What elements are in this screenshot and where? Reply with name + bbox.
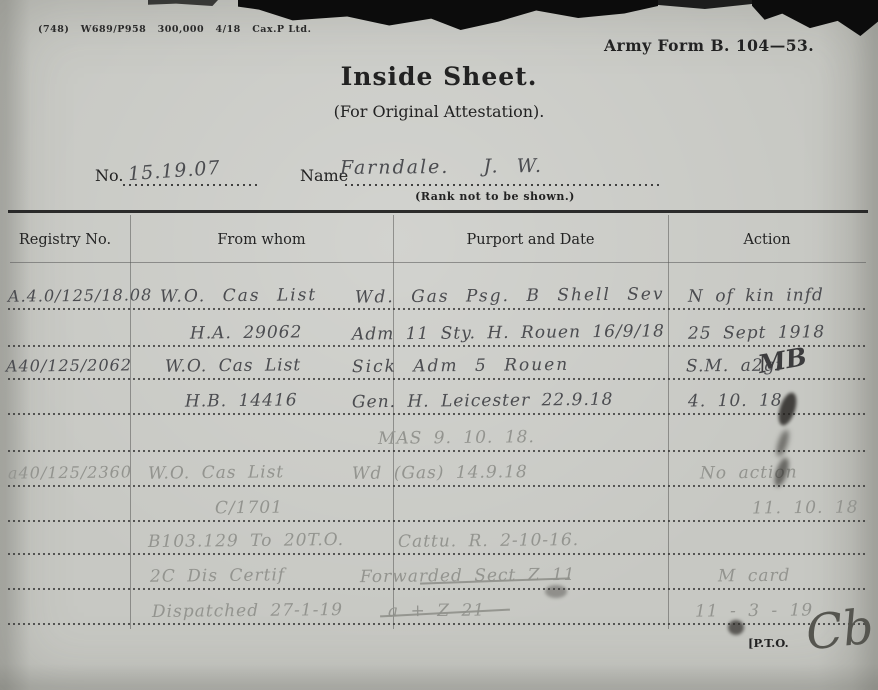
column-header-registry-no: Registry No. (0, 232, 130, 248)
entry-from-row1: W.O. Cas List (160, 285, 317, 307)
table-top-rule (8, 210, 868, 213)
entry-purport-row2: Adm 11 Sty. H. Rouen 16/9/18 (352, 321, 665, 344)
entry-action-row1: N of kin infd (688, 285, 824, 306)
entry-from-row3: W.O. Cas List (165, 355, 301, 376)
dotted-rule-line (8, 588, 866, 590)
dotted-rule-line (8, 378, 866, 380)
entry-purport-row3: Sick Adm 5 Rouen (352, 355, 569, 377)
entry-purport-row5: MAS 9. 10. 18. (378, 427, 535, 449)
dotted-rule-line (8, 345, 866, 347)
dotted-rule-line (8, 520, 866, 522)
entry-from-row8: B103.129 To 20T.O. (148, 530, 344, 552)
no-label: No. (95, 166, 123, 185)
dotted-rule-line (8, 308, 866, 310)
entry-purport-row1: Wd. Gas Psg. B Shell Sev (355, 284, 665, 307)
column-header-from-whom: From whom (130, 232, 393, 248)
scanned-army-form-page: (748) W689/P958 300,000 4/18 Cax.P Ltd. … (0, 0, 878, 690)
entry-from-row2: H.A. 29062 (190, 322, 303, 343)
torn-edge-top-left (148, 0, 218, 6)
entry-action-row6: No action (700, 462, 798, 483)
entry-registry-row6: a40/125/2360 (8, 462, 132, 482)
entry-purport-row9: Forwarded Sect Z 11 (360, 565, 576, 587)
service-number-handwritten: 15.19.07 (127, 157, 221, 185)
entry-from-row10: Dispatched 27-1-19 (152, 600, 343, 622)
entry-from-row7: C/1701 (215, 498, 283, 519)
name-handwritten: Farndale. J. W. (340, 155, 543, 179)
entry-purport-row8: Cattu. R. 2-10-16. (398, 530, 579, 552)
ink-blot (728, 620, 744, 635)
dotted-rule-line (8, 553, 866, 555)
clerk-initials: MB (756, 342, 809, 379)
column-header-action: Action (668, 232, 866, 248)
entry-purport-row6: Wd (Gas) 14.9.18 (352, 462, 528, 484)
ink-smudge (545, 585, 567, 598)
page-subtitle: (For Original Attestation). (0, 102, 878, 121)
entry-action-row10: 11 - 3 - 19 (695, 600, 813, 621)
dotted-rule-line (8, 413, 866, 415)
dotted-rule-line (8, 485, 866, 487)
column-header-purport-and-date: Purport and Date (393, 232, 668, 248)
pto-note: [P.T.O. (748, 636, 789, 650)
torn-edge-top-right (752, 0, 878, 36)
entry-action-row4: 4. 10. 18 (688, 391, 783, 412)
entry-from-row6: W.O. Cas List (148, 462, 284, 483)
form-number: Army Form B. 104—53. (604, 36, 814, 55)
entry-action-row7: 11. 10. 18 (752, 497, 859, 518)
page-title: Inside Sheet. (0, 62, 878, 91)
entry-action-row2: 25 Sept 1918 (688, 322, 825, 343)
dotted-rule-line (8, 450, 866, 452)
column-divider-3 (668, 215, 669, 629)
entry-purport-row4: Gen. H. Leicester 22.9.18 (352, 390, 614, 413)
header-underline (10, 262, 866, 263)
entry-action-row9: M card (718, 566, 791, 587)
corner-pencil-mark: Cb (803, 599, 876, 662)
entry-from-row4: H.B. 14416 (185, 390, 298, 411)
entry-registry-row3: A40/125/2062 (6, 355, 132, 375)
rank-note: (Rank not to be shown.) (330, 190, 660, 203)
entry-registry-row1: A.4.0/125/18.08 (8, 285, 152, 306)
printer-imprint: (748) W689/P958 300,000 4/18 Cax.P Ltd. (38, 24, 311, 35)
name-dotted-leader (345, 184, 660, 186)
no-dotted-leader (123, 184, 258, 186)
column-divider-1 (130, 215, 131, 629)
entry-from-row9: 2C Dis Certif (150, 565, 285, 586)
